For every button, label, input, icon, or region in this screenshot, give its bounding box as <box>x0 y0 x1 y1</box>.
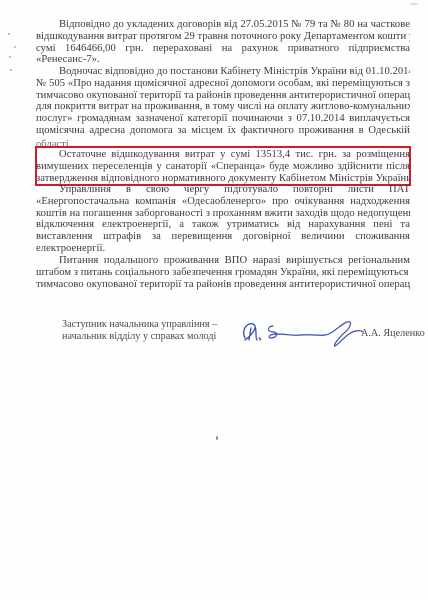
text-line: тимчасово окупованої території та районі… <box>36 90 410 102</box>
signatory-title-line2: начальник відділу у справах молоді <box>62 331 217 343</box>
text-line: щомісячна адресна допомога за місцем їх … <box>36 125 410 137</box>
text-line: Відповідно до укладених договорів від 27… <box>36 19 410 31</box>
paragraph-idp-housing: Питання подальшого проживання ВПО наразі… <box>36 255 410 290</box>
paragraph-energy-letters: Управління в свою чергу підготувало повт… <box>36 184 410 255</box>
text-line: Питання подальшого проживання ВПО наразі… <box>36 255 410 267</box>
text-line: відшкодування витрат протягом 29 травня … <box>36 31 410 43</box>
scan-speck <box>410 3 418 5</box>
text-line: тимчасово окупованої території та районі… <box>36 279 410 291</box>
text-line: штабом з питань соціального забезпечення… <box>36 267 410 279</box>
text-line: «Енергопостачальна компанія «Одесаоблене… <box>36 196 410 208</box>
scan-speck <box>216 436 218 440</box>
text-line: виставлення штрафів за перевищення догов… <box>36 231 410 243</box>
signatory-name: А.А. Яцеленко <box>361 328 425 339</box>
text-line: сумі 1646466,00 грн. перераховані на рах… <box>36 43 410 55</box>
paragraph-final-compensation-highlighted: Остаточне відшкодування витрат у сумі 13… <box>36 149 410 184</box>
paragraph-monthly-assistance: Водночас відповідно до постанови Кабінет… <box>36 66 410 137</box>
text-line-partially-hidden: області. <box>36 139 71 146</box>
text-line: «Ренесанс-7». <box>36 54 410 66</box>
paragraph-contract-compensation: Відповідно до укладених договорів від 27… <box>36 19 410 66</box>
text-line: Остаточне відшкодування витрат у сумі 13… <box>36 149 410 161</box>
text-line: № 505 «Про надання щомісячної адресної д… <box>36 78 410 90</box>
text-line: затвердження відповідного нормативного д… <box>36 173 410 185</box>
text-line: коштів на погашення заборгованості з про… <box>36 208 410 220</box>
signatory-title: Заступник начальника управління – началь… <box>62 319 217 343</box>
text-line: Водночас відповідно до постанови Кабінет… <box>36 66 410 78</box>
text-line: відключення електроенергії, а також утри… <box>36 219 410 231</box>
scan-speck <box>9 56 11 58</box>
scan-speck <box>10 69 12 71</box>
scan-speck <box>8 33 10 35</box>
text-line: Управління в свою чергу підготувало повт… <box>36 184 410 196</box>
signatory-title-line1: Заступник начальника управління – <box>62 319 217 331</box>
text-line: електроенергії. <box>36 243 410 255</box>
scanned-document-page: Відповідно до укладених договорів від 27… <box>0 0 428 600</box>
text-line: послуг» громадянам зазначеної категорії … <box>36 113 410 125</box>
scan-speck <box>14 46 16 48</box>
text-line: вимушених переселенців у санаторії «Спер… <box>36 161 410 173</box>
text-line: для покриття витрат на проживання, в том… <box>36 101 410 113</box>
handwritten-signature-icon <box>237 318 365 348</box>
